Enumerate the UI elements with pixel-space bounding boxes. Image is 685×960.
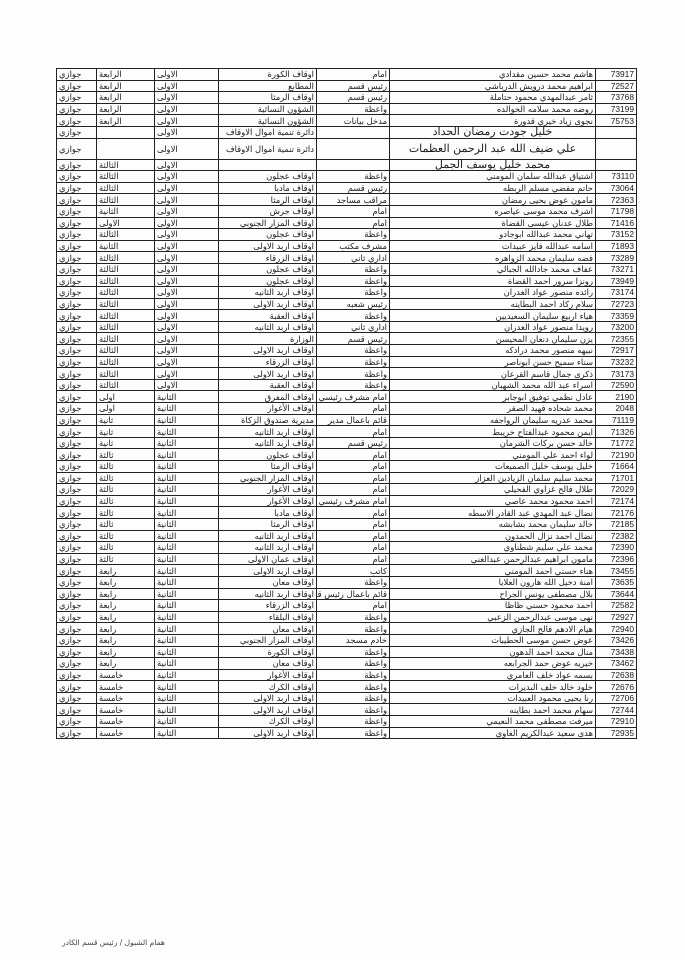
employee-name-cell: فضه سليمان محمد الزواهره: [390, 252, 596, 264]
category-cell: الاولى: [155, 287, 219, 299]
employee-name-cell: بلال مصطفى يونس الجراح: [390, 588, 596, 600]
employee-name-cell: ابراهيم محمد درويش الدرباشي: [390, 80, 596, 92]
travel-cell: جوازي: [57, 80, 97, 92]
grade-cell: ثانية: [97, 426, 155, 438]
grade-cell: الثانية: [97, 205, 155, 217]
employee-name-cell: اسامه عبدالله فايز عبيدات: [390, 240, 596, 252]
table-row: جوازياولىالثانيةاوقاف المفرقامام مشرف رئ…: [57, 391, 637, 403]
travel-cell: جوازي: [57, 229, 97, 241]
department-cell: دائرة تنمية اموال الاوقاف: [219, 138, 317, 159]
employee-name-cell: اسراء عبد الله محمد الشهبان: [390, 379, 596, 391]
category-cell: الاولى: [155, 240, 219, 252]
job-title-cell: واعظة: [317, 681, 390, 693]
grade-cell: الثالثة: [97, 194, 155, 206]
table-row: جوازيالثانيةالاولىاوقاف اربد الاولىمشرف …: [57, 240, 637, 252]
category-cell: الاولى: [155, 103, 219, 115]
table-row: جوازيالرابعةالاولىالمطابعرئيس قسمابراهيم…: [57, 80, 637, 92]
department-cell: المطابع: [219, 80, 317, 92]
table-row: جوازيالثالثةالاولىاوقاف الزرقاءاداري ثان…: [57, 252, 637, 264]
job-title-cell: واعظة: [317, 727, 390, 739]
job-title-cell: واعظة: [317, 716, 390, 728]
employee-name-cell: خيريه عوض حمد الجرابعه: [390, 658, 596, 670]
table-row: جوازيثالثةالثانيةاوقاف اربد الثانيهامامم…: [57, 542, 637, 554]
table-row: جوازيالرابعةالاولىاوقاف الرمثارئيس قسمثا…: [57, 92, 637, 104]
employee-name-cell: خالد سليمان محمد بشابشه: [390, 518, 596, 530]
footer-signature: همام الشبول / رئيس قسم الكادر: [62, 938, 165, 947]
travel-cell: جوازي: [57, 449, 97, 461]
department-cell: اوقاف اربد الثانيه: [219, 542, 317, 554]
grade-cell: رابعة: [97, 576, 155, 588]
employee-id-cell: 73949: [596, 275, 637, 287]
employee-name-cell: عفاف محمد جادالله الجبالي: [390, 263, 596, 275]
grade-cell: الرابعة: [97, 80, 155, 92]
department-cell: اوقاف اربد الاولى: [219, 368, 317, 380]
employee-name-cell: هياء اربيع سليمان السعيديين: [390, 310, 596, 322]
employee-name-cell: محمد خليل يوسف الجمل: [390, 159, 596, 171]
table-row: جوازيثالثةالثانيةاوقاف مادباامامنضال عبد…: [57, 507, 637, 519]
department-cell: اوقاف الزرقاء: [219, 356, 317, 368]
employee-name-cell: اشرف محمد موسى عياصره: [390, 205, 596, 217]
grade-cell: ثانية: [97, 414, 155, 426]
employee-id-cell: [596, 159, 637, 171]
employee-id-cell: 75753: [596, 115, 637, 127]
category-cell: الثانية: [155, 669, 219, 681]
department-cell: اوقاف معان: [219, 658, 317, 670]
job-title-cell: امام: [317, 507, 390, 519]
category-cell: الاولى: [155, 275, 219, 287]
category-cell: الاولى: [155, 80, 219, 92]
category-cell: الثانية: [155, 437, 219, 449]
department-cell: اوقاف عجلون: [219, 263, 317, 275]
table-row: جوازيثالثةالثانيةاوقاف عجلوناماملواء احم…: [57, 449, 637, 461]
category-cell: الاولى: [155, 126, 219, 138]
employee-id-cell: 73462: [596, 658, 637, 670]
job-title-cell: اداري ثاني: [317, 252, 390, 264]
category-cell: الثانية: [155, 461, 219, 473]
category-cell: الاولى: [155, 159, 219, 171]
category-cell: الاولى: [155, 138, 219, 159]
employee-name-cell: ايمن محمود عبدالفتاح خريبط: [390, 426, 596, 438]
employee-id-cell: 73173: [596, 368, 637, 380]
table-row: جوازيالاولىدائرة تنمية اموال الاوقافخليل…: [57, 126, 637, 138]
job-title-cell: امام: [317, 69, 390, 81]
travel-cell: جوازي: [57, 507, 97, 519]
grade-cell: الثانية: [97, 240, 155, 252]
grade-cell: رابعة: [97, 611, 155, 623]
category-cell: الاولى: [155, 379, 219, 391]
employee-id-cell: 71701: [596, 472, 637, 484]
employee-name-cell: تهاني محمد عبدالله ابوجادو: [390, 229, 596, 241]
department-cell: اوقاف جرش: [219, 205, 317, 217]
job-title-cell: امام مشرف رئيسي: [317, 495, 390, 507]
grade-cell: رابعة: [97, 600, 155, 612]
employee-name-cell: نجوى زياد خيري قدورة: [390, 115, 596, 127]
travel-cell: جوازي: [57, 437, 97, 449]
job-title-cell: واعظة: [317, 379, 390, 391]
employee-name-cell: محمد سليم سلمان الزيادين العزاز: [390, 472, 596, 484]
job-title-cell: واعظة: [317, 356, 390, 368]
table-row: جوازيالثانيةالاولىاوقاف جرشاماماشرف محمد…: [57, 205, 637, 217]
department-cell: اوقاف اربد الاولى: [219, 727, 317, 739]
employee-name-cell: مامون ابراهيم عبدالرحمن عبدالغني: [390, 553, 596, 565]
grade-cell: ثالثة: [97, 518, 155, 530]
category-cell: الثانية: [155, 681, 219, 693]
job-title-cell: واعظة: [317, 275, 390, 287]
table-row: جوازيالثالثةالاولىاوقاف عجلونواعظةعفاف م…: [57, 263, 637, 275]
category-cell: الثانية: [155, 426, 219, 438]
job-title-cell: واعظة: [317, 103, 390, 115]
department-cell: اوقاف معان: [219, 576, 317, 588]
employee-id-cell: 71326: [596, 426, 637, 438]
department-cell: اوقاف اربد الاولى: [219, 240, 317, 252]
grade-cell: الاولى: [97, 217, 155, 229]
table-row: جوازيالثالثةالاولىاوقاف الزرقاءواعظةسناء…: [57, 356, 637, 368]
grade-cell: ثالثة: [97, 484, 155, 496]
employee-name-cell: محمد شحاده فهيد الصقر: [390, 403, 596, 415]
category-cell: الاولى: [155, 310, 219, 322]
grade-cell: اولى: [97, 403, 155, 415]
table-row: جوازيثانيةالثانيةاوقاف اربد الثانيهرئيس …: [57, 437, 637, 449]
category-cell: الاولى: [155, 368, 219, 380]
job-title-cell: رئيس قسم: [317, 182, 390, 194]
grade-cell: رابعة: [97, 565, 155, 577]
department-cell: اوقاف اربد الاولى: [219, 692, 317, 704]
department-cell: اوقاف الأغوار: [219, 403, 317, 415]
department-cell: مديرية صندوق الزكاة: [219, 414, 317, 426]
employee-name-cell: رونزا سرور احمد القضاة: [390, 275, 596, 287]
job-title-cell: اداري ثاني: [317, 321, 390, 333]
category-cell: الاولى: [155, 205, 219, 217]
department-cell: اوقاف الزرقاء: [219, 600, 317, 612]
employee-name-cell: نضال احمد نزال الحمدون: [390, 530, 596, 542]
employee-name-cell: سهام محمد احمد بطاينه: [390, 704, 596, 716]
travel-cell: جوازي: [57, 103, 97, 115]
job-title-cell: واعظة: [317, 623, 390, 635]
table-row: جوازيخامسةالثانيةاوقاف الكركواعظةميرفت م…: [57, 716, 637, 728]
employee-id-cell: 73200: [596, 321, 637, 333]
table-row: جوازيالثالثةالاولىاوقاف اربد الثانيهادار…: [57, 321, 637, 333]
category-cell: الثانية: [155, 518, 219, 530]
department-cell: اوقاف العقبة: [219, 310, 317, 322]
department-cell: اوقاف اربد الثانيه: [219, 426, 317, 438]
job-title-cell: امام: [317, 426, 390, 438]
department-cell: اوقاف الكرك: [219, 716, 317, 728]
category-cell: الثانية: [155, 403, 219, 415]
department-cell: اوقاف اربد الاولى: [219, 298, 317, 310]
table-row: جوازيالثالثةالاولىاوقاف العقبةواعظةاسراء…: [57, 379, 637, 391]
travel-cell: جوازي: [57, 426, 97, 438]
job-title-cell: واعظة: [317, 310, 390, 322]
employee-name-cell: علي ضيف الله عبد الرحمن العظمات: [390, 138, 596, 159]
table-row: جوازيالثالثةالاولىاوقاف الرمثامراقب مساج…: [57, 194, 637, 206]
travel-cell: جوازي: [57, 414, 97, 426]
employee-id-cell: 71664: [596, 461, 637, 473]
job-title-cell: واعظة: [317, 345, 390, 357]
grade-cell: الثالثة: [97, 356, 155, 368]
department-cell: اوقاف اربد الثانيه: [219, 588, 317, 600]
job-title-cell: [317, 159, 390, 171]
job-title-cell: قائم باعمال مدير: [317, 414, 390, 426]
table-row: جوازيالاولىالاولىاوقاف المزار الجنوبياما…: [57, 217, 637, 229]
department-cell: اوقاف الرمثا: [219, 518, 317, 530]
employee-id-cell: 72706: [596, 692, 637, 704]
grade-cell: ثانية: [97, 437, 155, 449]
employee-name-cell: عادل نظمي توفيق ابوجابر: [390, 391, 596, 403]
grade-cell: خامسة: [97, 669, 155, 681]
job-title-cell: خادم مسجد: [317, 634, 390, 646]
travel-cell: جوازي: [57, 368, 97, 380]
department-cell: اوقاف الكرك: [219, 681, 317, 693]
travel-cell: جوازي: [57, 576, 97, 588]
job-title-cell: واعظة: [317, 229, 390, 241]
employee-id-cell: 73635: [596, 576, 637, 588]
job-title-cell: مشرف مكتب: [317, 240, 390, 252]
category-cell: الاولى: [155, 182, 219, 194]
category-cell: الاولى: [155, 321, 219, 333]
employee-id-cell: 72927: [596, 611, 637, 623]
department-cell: اوقاف الكورة: [219, 69, 317, 81]
travel-cell: جوازي: [57, 391, 97, 403]
travel-cell: جوازي: [57, 611, 97, 623]
department-cell: اوقاف مادبا: [219, 182, 317, 194]
employee-id-cell: 73271: [596, 263, 637, 275]
table-row: جوازيالرابعةالاولىاوقاف الكورةامامهاشم م…: [57, 69, 637, 81]
employee-id-cell: 73174: [596, 287, 637, 299]
employee-name-cell: هدى سعيد عبدالكريم الغاوي: [390, 727, 596, 739]
department-cell: اوقاف العقبة: [219, 379, 317, 391]
category-cell: الثانية: [155, 495, 219, 507]
travel-cell: جوازي: [57, 530, 97, 542]
table-row: جوازيرابعةالثانيةاوقاف معانواعظةخيريه عو…: [57, 658, 637, 670]
employee-name-cell: محمد علي سليم شطناوي: [390, 542, 596, 554]
category-cell: الثانية: [155, 646, 219, 658]
department-cell: اوقاف عجلون: [219, 275, 317, 287]
employee-id-cell: 73438: [596, 646, 637, 658]
category-cell: الاولى: [155, 229, 219, 241]
table-row: جوازيرابعةالثانيةاوقاف اربد الاولىكاتبهن…: [57, 565, 637, 577]
department-cell: [219, 159, 317, 171]
job-title-cell: واعظة: [317, 611, 390, 623]
job-title-cell: واعظة: [317, 576, 390, 588]
job-title-cell: رئيس قسم: [317, 437, 390, 449]
category-cell: الاولى: [155, 194, 219, 206]
employee-name-cell: ذكرى جمال قاسم القرعان: [390, 368, 596, 380]
grade-cell: رابعة: [97, 634, 155, 646]
employee-id-cell: [596, 138, 637, 159]
job-title-cell: واعظة: [317, 287, 390, 299]
employee-id-cell: 73917: [596, 69, 637, 81]
grade-cell: الرابعة: [97, 103, 155, 115]
job-title-cell: مراقب مساجد: [317, 194, 390, 206]
department-cell: اوقاف الرمثا: [219, 92, 317, 104]
department-cell: اوقاف اربد الاولى: [219, 704, 317, 716]
employee-id-cell: 2190: [596, 391, 637, 403]
grade-cell: الثالثة: [97, 171, 155, 183]
employee-name-cell: اشتياق عبدالله سلمان المومني: [390, 171, 596, 183]
travel-cell: جوازي: [57, 658, 97, 670]
employee-name-cell: امنة دخيل الله هارون العلايا: [390, 576, 596, 588]
grade-cell: الثالثة: [97, 252, 155, 264]
grade-cell: ثالثة: [97, 553, 155, 565]
category-cell: الاولى: [155, 333, 219, 345]
category-cell: الثانية: [155, 727, 219, 739]
department-cell: اوقاف الأغوار: [219, 669, 317, 681]
travel-cell: جوازي: [57, 495, 97, 507]
employee-name-cell: رائده منصور عواد الغدران: [390, 287, 596, 299]
job-title-cell: واعظة: [317, 368, 390, 380]
employee-id-cell: 73064: [596, 182, 637, 194]
employee-name-cell: لواء احمد علي المومني: [390, 449, 596, 461]
job-title-cell: واعظة: [317, 692, 390, 704]
travel-cell: جوازي: [57, 298, 97, 310]
travel-cell: جوازي: [57, 623, 97, 635]
employee-name-cell: طلال عدنان عيسى القضاة: [390, 217, 596, 229]
travel-cell: جوازي: [57, 553, 97, 565]
department-cell: اوقاف المزار الجنوبي: [219, 472, 317, 484]
employee-id-cell: 72029: [596, 484, 637, 496]
employee-id-cell: 71893: [596, 240, 637, 252]
table-row: جوازيالثالثةالاولىاوقاف العقبةواعظةهياء …: [57, 310, 637, 322]
document-page: جوازيالرابعةالاولىاوقاف الكورةامامهاشم م…: [0, 0, 685, 960]
category-cell: الثانية: [155, 449, 219, 461]
category-cell: الثانية: [155, 611, 219, 623]
employee-id-cell: 73426: [596, 634, 637, 646]
category-cell: الثانية: [155, 623, 219, 635]
department-cell: اوقاف اربد الثانيه: [219, 287, 317, 299]
travel-cell: جوازي: [57, 217, 97, 229]
department-cell: اوقاف اربد الثانيه: [219, 321, 317, 333]
table-row: جوازيالثالثةالاولىاوقاف اربد الاولىرئيس …: [57, 298, 637, 310]
category-cell: الاولى: [155, 356, 219, 368]
employee-name-cell: ثامر عبدالمهدي محمود حتاملة: [390, 92, 596, 104]
employee-id-cell: [596, 126, 637, 138]
employee-id-cell: 72382: [596, 530, 637, 542]
travel-cell: جوازي: [57, 159, 97, 171]
employee-name-cell: سناء سميح حسن ابوناصر: [390, 356, 596, 368]
grade-cell: الرابعة: [97, 69, 155, 81]
table-row: جوازيالثالثةالاولىالوزارةرئيس قسميزن سلي…: [57, 333, 637, 345]
table-row: جوازيالثالثةالاولىاوقاف اربد الاولىواعظة…: [57, 368, 637, 380]
department-cell: الشؤون النسائية: [219, 115, 317, 127]
grade-cell: ثالثة: [97, 507, 155, 519]
employee-id-cell: 73455: [596, 565, 637, 577]
grade-cell: رابعة: [97, 623, 155, 635]
job-title-cell: واعظة: [317, 658, 390, 670]
category-cell: الاولى: [155, 171, 219, 183]
category-cell: الثانية: [155, 472, 219, 484]
employee-name-cell: منال محمد احمد الدهون: [390, 646, 596, 658]
job-title-cell: [317, 138, 390, 159]
travel-cell: جوازي: [57, 321, 97, 333]
grade-cell: الثالثة: [97, 287, 155, 299]
department-cell: اوقاف المزار الجنوبي: [219, 217, 317, 229]
grade-cell: ثالثة: [97, 495, 155, 507]
travel-cell: جوازي: [57, 669, 97, 681]
job-title-cell: مدخل بيانات: [317, 115, 390, 127]
employee-name-cell: نبيهه منصور محمد درادكه: [390, 345, 596, 357]
job-title-cell: امام: [317, 518, 390, 530]
travel-cell: جوازي: [57, 182, 97, 194]
grade-cell: الرابعة: [97, 115, 155, 127]
category-cell: الاولى: [155, 252, 219, 264]
travel-cell: جوازي: [57, 171, 97, 183]
category-cell: الاولى: [155, 217, 219, 229]
employee-id-cell: 73289: [596, 252, 637, 264]
employee-name-cell: رنا يحيى محمود العبيدات: [390, 692, 596, 704]
table-row: جوازيالثالثةالاولىاوقاف عجلونواعظةرونزا …: [57, 275, 637, 287]
job-title-cell: امام: [317, 530, 390, 542]
employee-id-cell: 73199: [596, 103, 637, 115]
travel-cell: جوازي: [57, 565, 97, 577]
travel-cell: جوازي: [57, 704, 97, 716]
grade-cell: ثالثة: [97, 449, 155, 461]
travel-cell: جوازي: [57, 716, 97, 728]
table-row: جوازيثالثةالثانيةاوقاف اربد الثانيهامامن…: [57, 530, 637, 542]
category-cell: الثانية: [155, 507, 219, 519]
employee-id-cell: 72363: [596, 194, 637, 206]
travel-cell: جوازي: [57, 310, 97, 322]
table-row: جوازيالثالثةالاولىاوقاف عجلونواعظةتهاني …: [57, 229, 637, 241]
department-cell: اوقاف اربد الاولى: [219, 345, 317, 357]
travel-cell: جوازي: [57, 588, 97, 600]
travel-cell: جوازي: [57, 542, 97, 554]
travel-cell: جوازي: [57, 646, 97, 658]
grade-cell: الثالثة: [97, 368, 155, 380]
grade-cell: ثالثة: [97, 461, 155, 473]
employee-id-cell: 71798: [596, 205, 637, 217]
department-cell: الشؤون النسائية: [219, 103, 317, 115]
table-row: جوازيثالثةالثانيةاوقاف الرمثاامامخليل يو…: [57, 461, 637, 473]
department-cell: اوقاف عمان الاولى: [219, 553, 317, 565]
employee-name-cell: خلود خالد خلف البديرات: [390, 681, 596, 693]
job-title-cell: امام: [317, 217, 390, 229]
table-row: جوازياولىالثانيةاوقاف الأغواراماممحمد شح…: [57, 403, 637, 415]
job-title-cell: [317, 126, 390, 138]
job-title-cell: امام: [317, 600, 390, 612]
travel-cell: جوازي: [57, 240, 97, 252]
grade-cell: خامسة: [97, 727, 155, 739]
department-cell: اوقاف عجلون: [219, 229, 317, 241]
table-row: جوازيالرابعةالاولىالشؤون النسائيةمدخل بي…: [57, 115, 637, 127]
department-cell: اوقاف اربد الثانيه: [219, 530, 317, 542]
department-cell: اوقاف المفرق: [219, 391, 317, 403]
employee-name-cell: روضه محمد سلامه الخوالده: [390, 103, 596, 115]
grade-cell: الثالثة: [97, 310, 155, 322]
table-row: جوازيالثالثةالاولىاوقاف اربد الاولىواعظة…: [57, 345, 637, 357]
travel-cell: جوازي: [57, 263, 97, 275]
travel-cell: جوازي: [57, 484, 97, 496]
job-title-cell: امام: [317, 205, 390, 217]
job-title-cell: امام: [317, 403, 390, 415]
grade-cell: الثالثة: [97, 298, 155, 310]
employee-name-cell: سلام ركاد احمد البطاينه: [390, 298, 596, 310]
travel-cell: جوازي: [57, 461, 97, 473]
job-title-cell: رئيس قسم: [317, 92, 390, 104]
employee-id-cell: 72185: [596, 518, 637, 530]
employee-name-cell: هاشم محمد حسين مقدادي: [390, 69, 596, 81]
category-cell: الثانية: [155, 576, 219, 588]
employee-name-cell: خليل جودت رمضان الحداد: [390, 126, 596, 138]
job-title-cell: قائم باعمال رئيس قسم: [317, 588, 390, 600]
department-cell: اوقاف الكورة: [219, 646, 317, 658]
table-row: جوازيرابعةالثانيةاوقاف المزار الجنوبيخاد…: [57, 634, 637, 646]
department-cell: اوقاف عجلون: [219, 449, 317, 461]
travel-cell: جوازي: [57, 472, 97, 484]
table-row: جوازيثالثةالثانيةاوقاف عمان الاولىامامما…: [57, 553, 637, 565]
employee-name-cell: هيام الادهم فالح الجازي: [390, 623, 596, 635]
employee-id-cell: 72917: [596, 345, 637, 357]
department-cell: اوقاف الأغوار: [219, 495, 317, 507]
